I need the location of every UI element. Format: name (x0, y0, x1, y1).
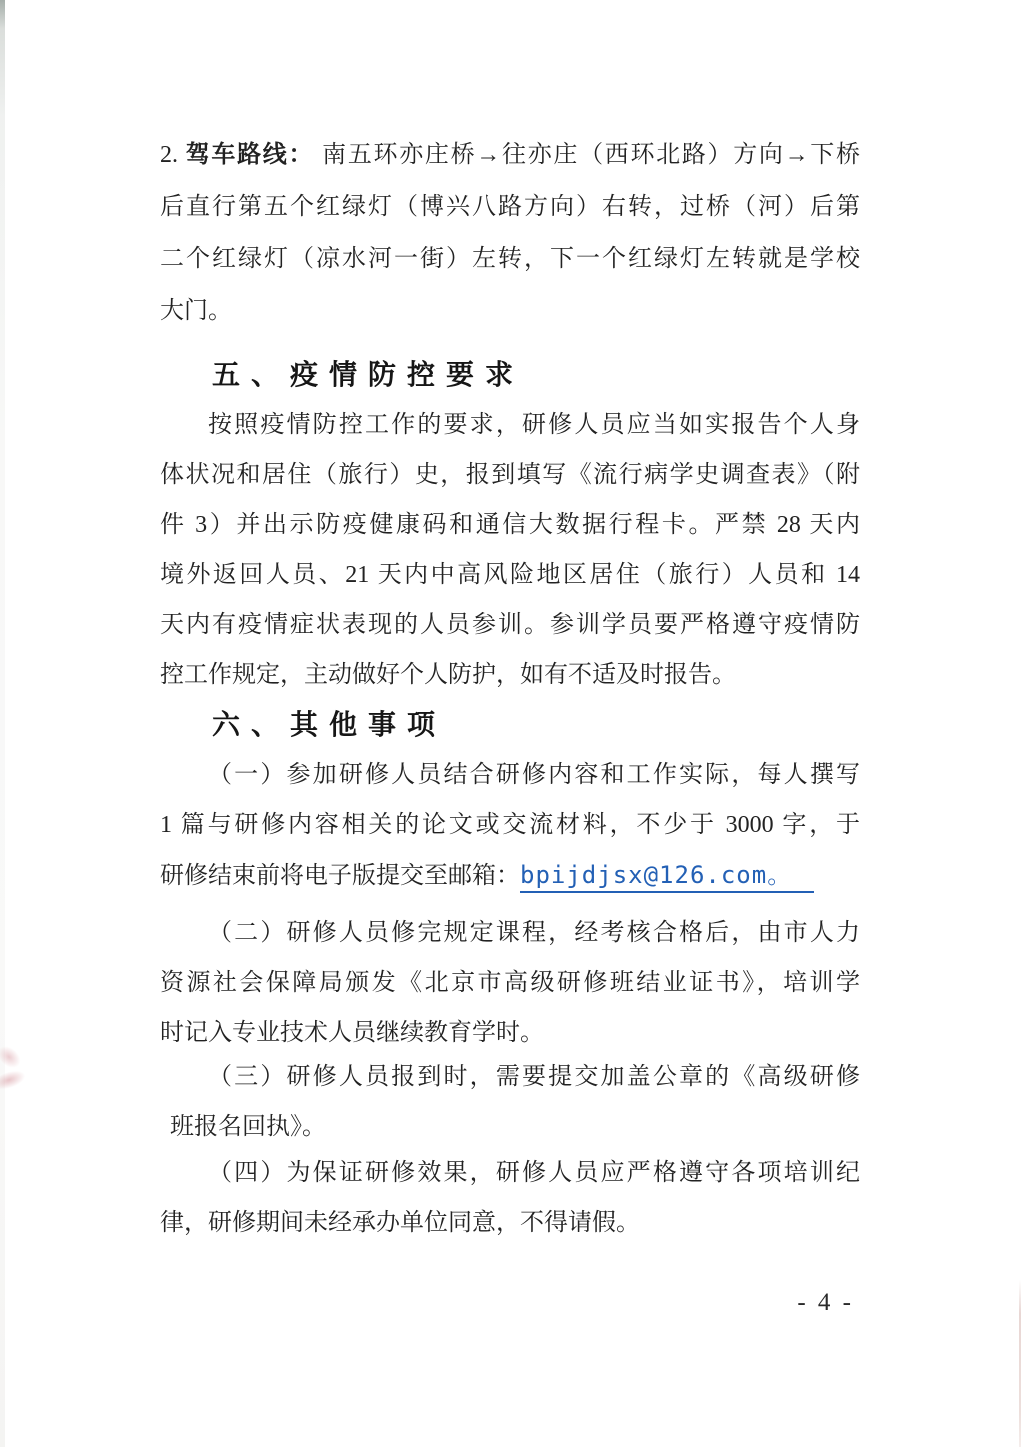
text-line: 件 3）并出示防疫健康码和通信大数据行程卡。严禁 28 天内 (160, 500, 860, 550)
text-line: 1 篇与研修内容相关的论文或交流材料，不少于 3000 字，于 (160, 800, 860, 850)
list-number: 2. (160, 142, 178, 168)
text-line: 按照疫情防控工作的要求，研修人员应当如实报告个人身 (160, 400, 860, 450)
paragraph-other-item-3: （三）研修人员报到时，需要提交加盖公章的《高级研修 班报名回执》。 (160, 1052, 860, 1152)
scan-edge-right (1019, 1280, 1021, 1447)
scanned-page: 2.驾车路线：南五环亦庄桥→往亦庄（西环北路）方向→下桥 后直行第五个红绿灯（博… (0, 0, 1024, 1447)
paragraph-driving-route: 2.驾车路线：南五环亦庄桥→往亦庄（西环北路）方向→下桥 后直行第五个红绿灯（博… (160, 129, 860, 337)
text-line: 班报名回执》。 (160, 1102, 860, 1152)
paragraph-epidemic-control: 按照疫情防控工作的要求，研修人员应当如实报告个人身 体状况和居住（旅行）史，报到… (160, 400, 860, 700)
text-line: 律，研修期间未经承办单位同意，不得请假。 (160, 1198, 860, 1248)
text-line: 资源社会保障局颁发《北京市高级研修班结业证书》，培训学 (160, 958, 860, 1008)
text-line: 体状况和居住（旅行）史，报到填写《流行病学史调查表》（附 (160, 450, 860, 500)
text-line: 后直行第五个红绿灯（博兴八路方向）右转，过桥（河）后第 (160, 181, 860, 233)
text-line: 时记入专业技术人员继续教育学时。 (160, 1008, 860, 1058)
text-span: 研修结束前将电子版提交至邮箱： (160, 863, 520, 889)
text-line: 大门。 (160, 285, 860, 337)
paragraph-other-item-4: （四）为保证研修效果，研修人员应严格遵守各项培训纪 律，研修期间未经承办单位同意… (160, 1148, 860, 1248)
email-link[interactable]: bpijdjsx@126.com。 (520, 861, 814, 893)
page-number: - 4 - (797, 1283, 854, 1323)
text-span: 南五环亦庄桥→往亦庄（西环北路）方向→下桥 (322, 142, 860, 168)
text-line: 2.驾车路线：南五环亦庄桥→往亦庄（西环北路）方向→下桥 (160, 129, 860, 181)
text-line: 境外返回人员、21 天内中高风险地区居住（旅行）人员和 14 (160, 550, 860, 600)
text-line: （四）为保证研修效果，研修人员应严格遵守各项培训纪 (160, 1148, 860, 1198)
text-line: （一）参加研修人员结合研修内容和工作实际，每人撰写 (160, 750, 860, 800)
document-content: 2.驾车路线：南五环亦庄桥→往亦庄（西环北路）方向→下桥 后直行第五个红绿灯（博… (160, 129, 860, 1248)
paragraph-other-item-1: （一）参加研修人员结合研修内容和工作实际，每人撰写 1 篇与研修内容相关的论文或… (160, 750, 860, 900)
text-line: 二个红绿灯（凉水河一街）左转，下一个红绿灯左转就是学校 (160, 233, 860, 285)
text-line: 天内有疫情症状表现的人员参训。参训学员要严格遵守疫情防 (160, 600, 860, 650)
paragraph-other-item-2: （二）研修人员修完规定课程，经考核合格后，由市人力 资源社会保障局颁发《北京市高… (160, 908, 860, 1058)
text-line: 控工作规定，主动做好个人防护，如有不适及时报告。 (160, 650, 860, 700)
route-label: 驾车路线： (184, 142, 314, 168)
scan-edge-left (0, 0, 5, 1447)
text-line: 研修结束前将电子版提交至邮箱：bpijdjsx@126.com。 (160, 850, 860, 900)
section-5-heading: 五、疫情防控要求 (160, 350, 860, 400)
text-line: （三）研修人员报到时，需要提交加盖公章的《高级研修 (160, 1052, 860, 1102)
section-6-heading: 六、其他事项 (160, 700, 860, 750)
text-line: （二）研修人员修完规定课程，经考核合格后，由市人力 (160, 908, 860, 958)
